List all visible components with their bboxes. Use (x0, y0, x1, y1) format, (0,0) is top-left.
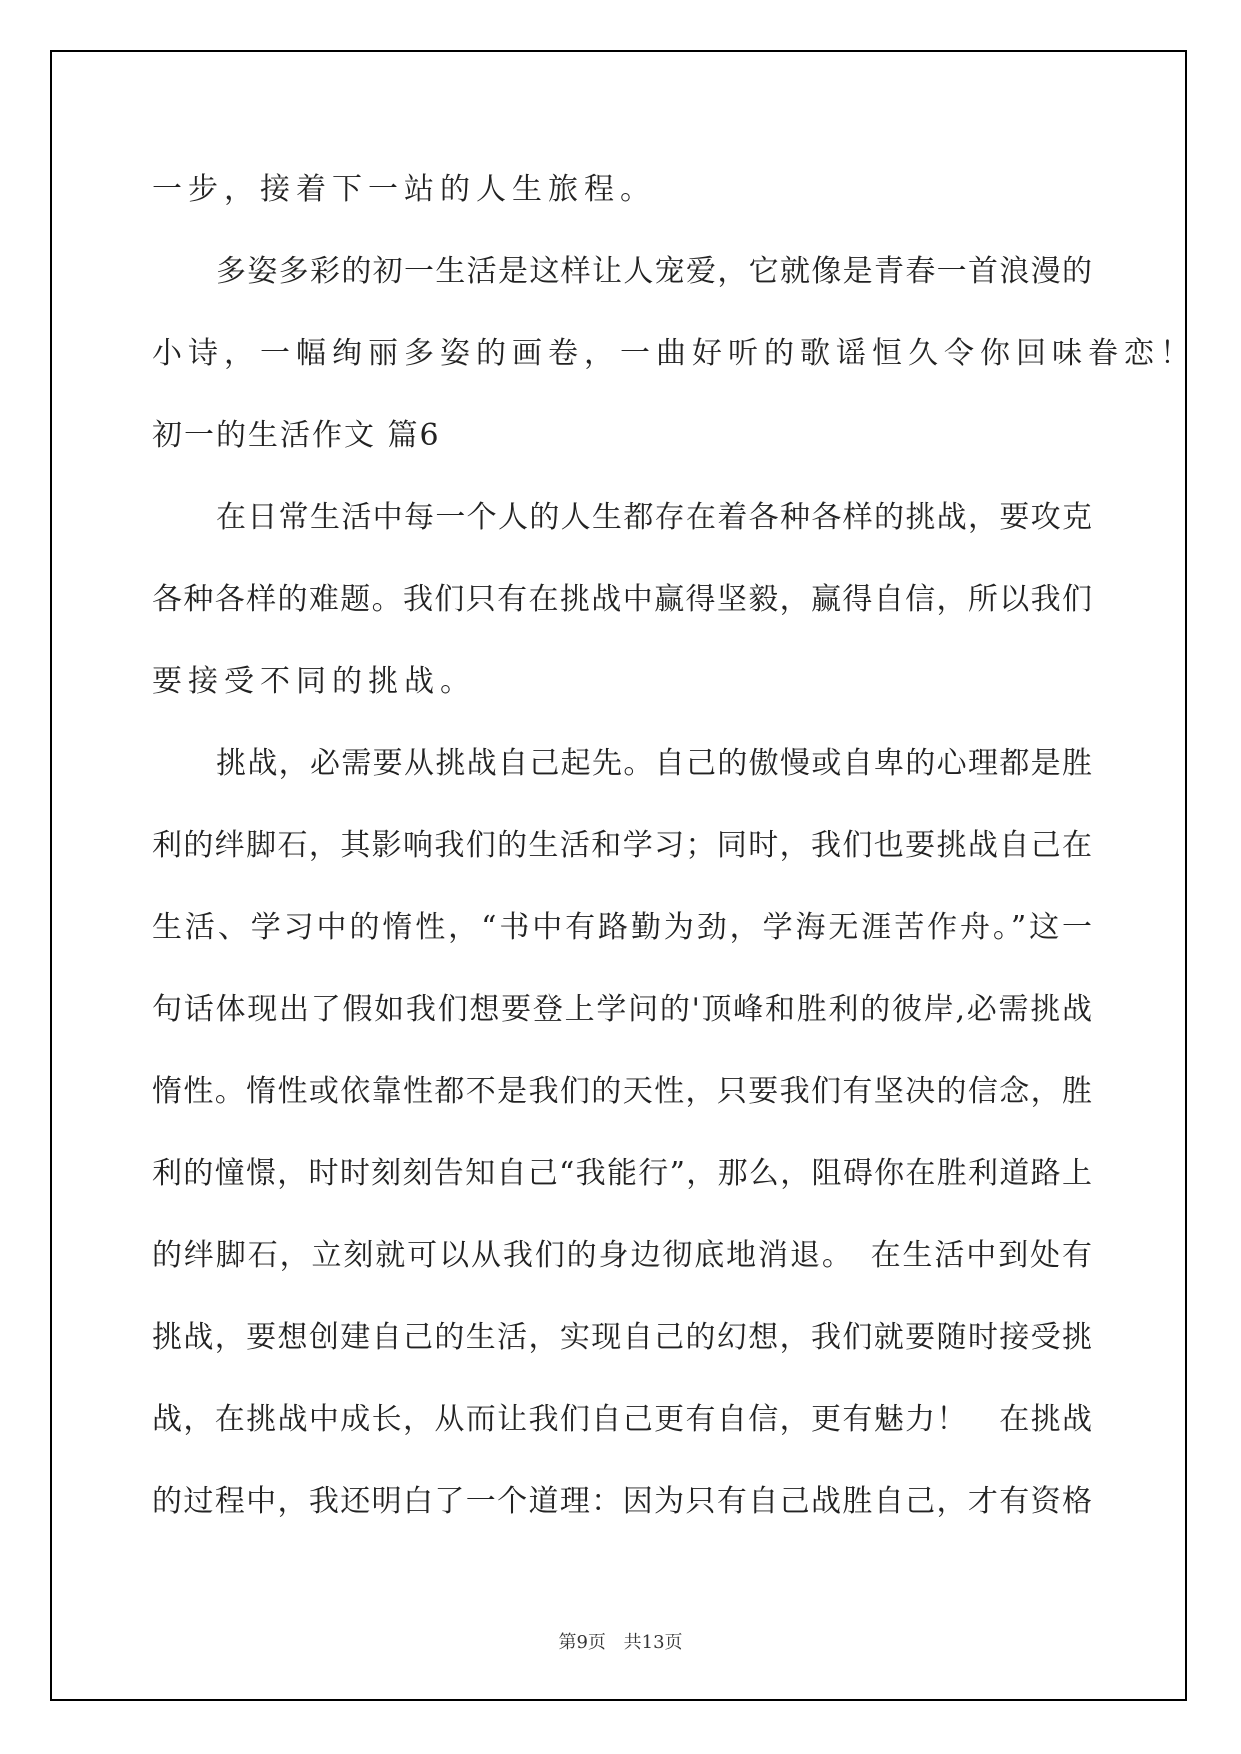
page-number: 第9页 (558, 1632, 605, 1653)
body-line: 利的憧憬，时时刻刻告知自己“我能行”，那么，阻碍你在胜利道路上 (152, 1152, 1092, 1234)
paragraph-start-line: 挑战，必需要从挑战自己起先。自己的傲慢或自卑的心理都是胜 (152, 742, 1092, 824)
body-line: 的过程中，我还明白了一个道理：因为只有自己战胜自己，才有资格 (152, 1480, 1092, 1562)
body-line: 惰性。惰性或依靠性都不是我们的天性，只要我们有坚决的信念，胜 (152, 1070, 1092, 1152)
body-line: 小诗，一幅绚丽多姿的画卷，一曲好听的歌谣恒久令你回味眷恋！ (152, 332, 1092, 414)
paragraph-start-line: 多姿多彩的初一生活是这样让人宠爱，它就像是青春一首浪漫的 (152, 250, 1092, 332)
body-line: 要接受不同的挑战。 (152, 660, 1092, 742)
document-body: 一步，接着下一站的人生旅程。 多姿多彩的初一生活是这样让人宠爱，它就像是青春一首… (152, 168, 1092, 1562)
body-line: 的绊脚石，立刻就可以从我们的身边彻底地消退。 在生活中到处有 (152, 1234, 1092, 1316)
page-footer: 第9页 共13页 (0, 1628, 1241, 1654)
body-line: 利的绊脚石，其影响我们的生活和学习；同时，我们也要挑战自己在 (152, 824, 1092, 906)
body-line: 生活、学习中的惰性，“书中有路勤为劲，学海无涯苦作舟。”这一 (152, 906, 1092, 988)
body-line: 句话体现出了假如我们想要登上学问的'顶峰和胜利的彼岸,必需挑战 (152, 988, 1092, 1070)
page-total: 共13页 (624, 1632, 683, 1653)
body-line: 战，在挑战中成长，从而让我们自己更有自信，更有魅力！ 在挑战 (152, 1398, 1092, 1480)
body-line: 挑战，要想创建自己的生活，实现自己的幻想，我们就要随时接受挑 (152, 1316, 1092, 1398)
paragraph-start-line: 在日常生活中每一个人的人生都存在着各种各样的挑战，要攻克 (152, 496, 1092, 578)
body-line: 各种各样的难题。我们只有在挑战中赢得坚毅，赢得自信，所以我们 (152, 578, 1092, 660)
section-heading: 初一的生活作文 篇6 (152, 414, 1092, 496)
body-line: 一步，接着下一站的人生旅程。 (152, 168, 1092, 250)
